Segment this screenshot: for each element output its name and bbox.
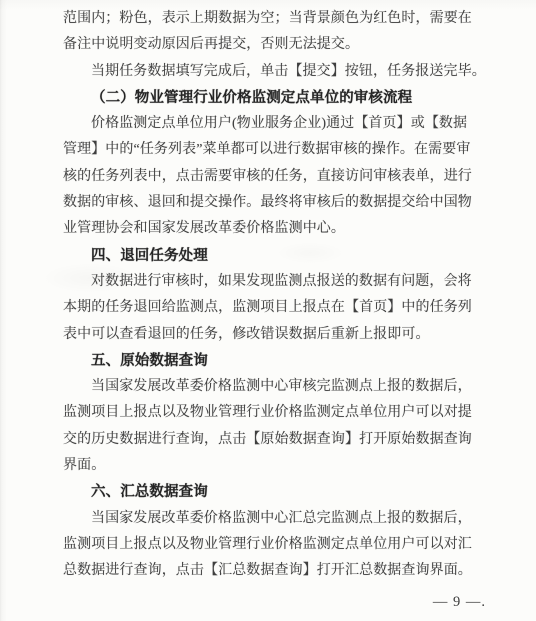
text-line: 交的历史数据进行查询，点击【原始数据查询】打开原始数据查询 — [63, 427, 481, 453]
document-page: 范围内；粉色，表示上期数据为空；当背景颜色为红色时，需要在 备注中说明变动原因后… — [0, 0, 536, 621]
section-heading-5: 五、原始数据查询 — [63, 348, 481, 374]
section-heading-6: 六、汇总数据查询 — [63, 479, 481, 505]
text-line: 范围内；粉色，表示上期数据为空；当背景颜色为红色时，需要在 — [63, 6, 481, 32]
text-line: 本期的任务退回给监测点，监测项目上报点在【首页】中的任务列 — [63, 295, 481, 321]
document-body: 范围内；粉色，表示上期数据为空；当背景颜色为红色时，需要在 备注中说明变动原因后… — [63, 6, 481, 585]
text-line: 当国家发展改革委价格监测中心汇总完监测点上报的数据后， — [63, 506, 481, 532]
text-line: 监测项目上报点以及物业管理行业价格监测定点单位用户可以对汇 — [63, 532, 481, 558]
text-line: 表中可以查看退回的任务，修改错误数据后重新上报即可。 — [63, 322, 481, 348]
section-heading-2: （二）物业管理行业价格监测定点单位的审核流程 — [63, 85, 481, 111]
text-line: 监测项目上报点以及物业管理行业价格监测定点单位用户可以对提 — [63, 400, 481, 426]
text-line: 备注中说明变动原因后再提交，否则无法提交。 — [63, 32, 481, 58]
text-line: 数据的审核、退回和提交操作。最终将审核后的数据提交给中国物 — [63, 190, 481, 216]
text-line: 价格监测定点单位用户(物业服务企业)通过【首页】或【数据 — [63, 111, 481, 137]
text-line: 总数据进行查询，点击【汇总数据查询】打开汇总数据查询界面。 — [63, 558, 481, 584]
text-line: 对数据进行审核时，如果发现监测点报送的数据有问题，会将 — [63, 269, 481, 295]
section-heading-4: 四、退回任务处理 — [63, 243, 481, 269]
text-line: 管理】中的“任务列表”菜单都可以进行数据审核的操作。在需要审 — [63, 137, 481, 163]
text-line: 核的任务列表中，点击需要审核的任务，直接访问审核表单，进行 — [63, 164, 481, 190]
text-line: 业管理协会和国家发展改革委价格监测中心。 — [63, 216, 481, 242]
text-line: 当期任务数据填写完成后，单击【提交】按钮，任务报送完毕。 — [63, 59, 481, 85]
page-number: — 9 —. — [433, 594, 486, 611]
text-line: 当国家发展改革委价格监测中心审核完监测点上报的数据后， — [63, 374, 481, 400]
text-line: 界面。 — [63, 453, 481, 479]
